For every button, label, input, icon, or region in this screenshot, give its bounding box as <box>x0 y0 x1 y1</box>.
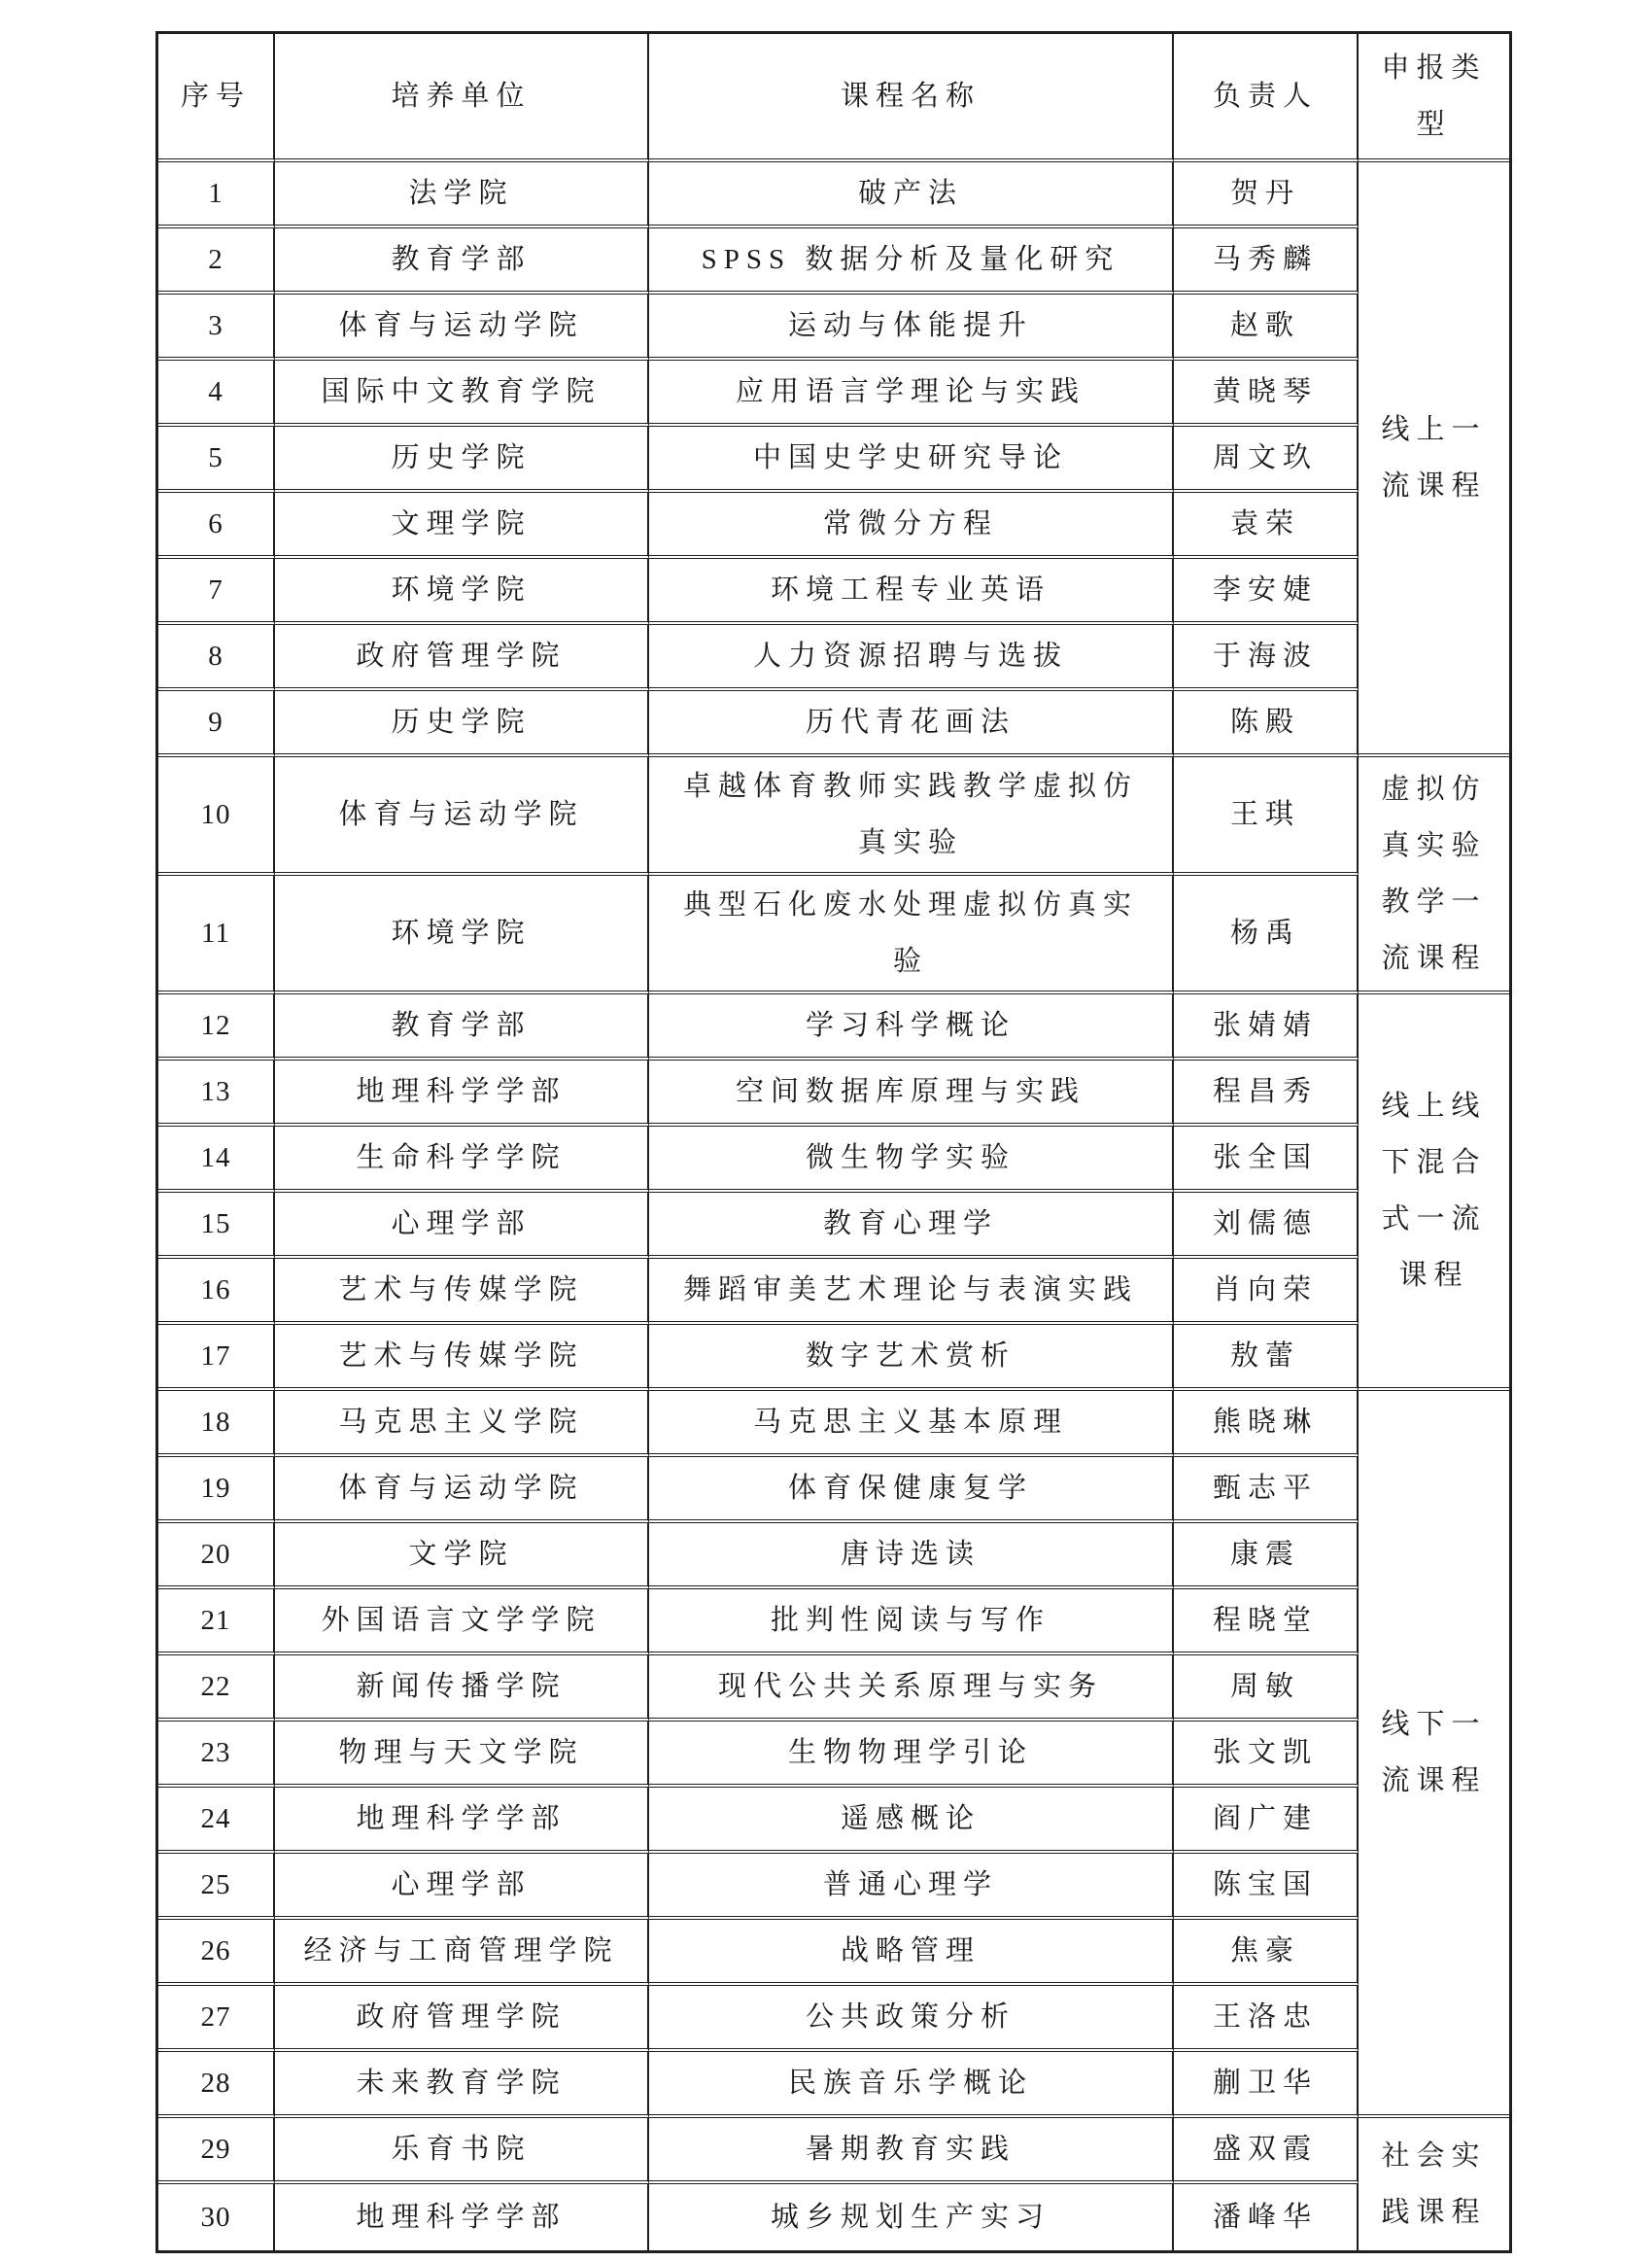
table-row: 16 艺术与传媒学院 舞蹈审美艺术理论与表演实践 肖向荣 <box>158 1259 1509 1325</box>
cell-unit: 文理学院 <box>275 493 649 559</box>
table-row: 1 法学院 破产法 贺丹 线上一流课程 <box>158 162 1509 228</box>
cell-no: 2 <box>158 228 275 295</box>
cell-leader: 焦豪 <box>1174 1920 1359 1986</box>
cell-no: 24 <box>158 1788 275 1854</box>
cell-leader: 张全国 <box>1174 1127 1359 1193</box>
table-row: 21 外国语言文学学院 批判性阅读与写作 程晓堂 <box>158 1589 1509 1655</box>
cell-course: 中国史学史研究导论 <box>649 427 1174 493</box>
cell-no: 7 <box>158 559 275 625</box>
cell-no: 5 <box>158 427 275 493</box>
cell-unit: 历史学院 <box>275 691 649 757</box>
cell-unit: 心理学部 <box>275 1854 649 1920</box>
table-row: 6 文理学院 常微分方程 袁荣 <box>158 493 1509 559</box>
cell-course: 人力资源招聘与选拔 <box>649 625 1174 691</box>
cell-category-offline: 线下一流课程 <box>1359 1391 1509 2118</box>
cell-unit: 教育学部 <box>275 994 649 1061</box>
cell-unit: 环境学院 <box>275 559 649 625</box>
table-row: 8 政府管理学院 人力资源招聘与选拔 于海波 <box>158 625 1509 691</box>
cell-leader: 甄志平 <box>1174 1457 1359 1523</box>
cell-course: 遥感概论 <box>649 1788 1174 1854</box>
cell-no: 4 <box>158 361 275 427</box>
cell-unit: 地理科学学部 <box>275 1788 649 1854</box>
cell-course: 历代青花画法 <box>649 691 1174 757</box>
table-row: 13 地理科学学部 空间数据库原理与实践 程昌秀 <box>158 1061 1509 1127</box>
table-row: 25 心理学部 普通心理学 陈宝国 <box>158 1854 1509 1920</box>
cell-unit: 教育学部 <box>275 228 649 295</box>
cell-course: SPSS 数据分析及量化研究 <box>649 228 1174 295</box>
table-row: 10 体育与运动学院 卓越体育教师实践教学虚拟仿真实验 王琪 虚拟仿真实验教学一… <box>158 757 1509 876</box>
cell-category-blended: 线上线下混合式一流课程 <box>1359 994 1509 1391</box>
cell-leader: 张婧婧 <box>1174 994 1359 1061</box>
cell-course: 空间数据库原理与实践 <box>649 1061 1174 1127</box>
cell-course: 应用语言学理论与实践 <box>649 361 1174 427</box>
cell-category-online: 线上一流课程 <box>1359 162 1509 757</box>
cell-leader: 王琪 <box>1174 757 1359 876</box>
cell-course: 典型石化废水处理虚拟仿真实验 <box>649 876 1174 994</box>
cell-unit: 物理与天文学院 <box>275 1722 649 1788</box>
table-row: 12 教育学部 学习科学概论 张婧婧 线上线下混合式一流课程 <box>158 994 1509 1061</box>
cell-no: 20 <box>158 1523 275 1589</box>
header-leader: 负责人 <box>1174 34 1359 162</box>
cell-leader: 陈宝国 <box>1174 1854 1359 1920</box>
cell-course: 数字艺术赏析 <box>649 1325 1174 1391</box>
cell-no: 6 <box>158 493 275 559</box>
table-row: 28 未来教育学院 民族音乐学概论 蒯卫华 <box>158 2052 1509 2118</box>
cell-no: 12 <box>158 994 275 1061</box>
cell-unit: 国际中文教育学院 <box>275 361 649 427</box>
table-row: 26 经济与工商管理学院 战略管理 焦豪 <box>158 1920 1509 1986</box>
cell-course: 民族音乐学概论 <box>649 2052 1174 2118</box>
cell-leader: 杨禹 <box>1174 876 1359 994</box>
cell-course: 学习科学概论 <box>649 994 1174 1061</box>
cell-course: 普通心理学 <box>649 1854 1174 1920</box>
table-row: 5 历史学院 中国史学史研究导论 周文玖 <box>158 427 1509 493</box>
cell-no: 3 <box>158 295 275 361</box>
cell-course: 生物物理学引论 <box>649 1722 1174 1788</box>
header-type: 申报类型 <box>1359 34 1509 162</box>
cell-leader: 李安婕 <box>1174 559 1359 625</box>
cell-leader: 康震 <box>1174 1523 1359 1589</box>
cell-unit: 政府管理学院 <box>275 625 649 691</box>
header-no: 序号 <box>158 34 275 162</box>
table-row: 11 环境学院 典型石化废水处理虚拟仿真实验 杨禹 <box>158 876 1509 994</box>
cell-unit: 地理科学学部 <box>275 2184 649 2250</box>
cell-course: 微生物学实验 <box>649 1127 1174 1193</box>
cell-unit: 马克思主义学院 <box>275 1391 649 1457</box>
cell-leader: 程昌秀 <box>1174 1061 1359 1127</box>
cell-category-virtual-sim: 虚拟仿真实验教学一流课程 <box>1359 757 1509 994</box>
cell-unit: 新闻传播学院 <box>275 1655 649 1722</box>
cell-leader: 袁荣 <box>1174 493 1359 559</box>
cell-course: 现代公共关系原理与实务 <box>649 1655 1174 1722</box>
cell-leader: 熊晓琳 <box>1174 1391 1359 1457</box>
table-row: 2 教育学部 SPSS 数据分析及量化研究 马秀麟 <box>158 228 1509 295</box>
cell-unit: 体育与运动学院 <box>275 1457 649 1523</box>
table-row: 22 新闻传播学院 现代公共关系原理与实务 周敏 <box>158 1655 1509 1722</box>
cell-no: 17 <box>158 1325 275 1391</box>
cell-leader: 赵歌 <box>1174 295 1359 361</box>
cell-unit: 乐育书院 <box>275 2118 649 2184</box>
cell-no: 26 <box>158 1920 275 1986</box>
cell-unit: 生命科学学院 <box>275 1127 649 1193</box>
cell-no: 30 <box>158 2184 275 2250</box>
cell-unit: 文学院 <box>275 1523 649 1589</box>
table-row: 23 物理与天文学院 生物物理学引论 张文凯 <box>158 1722 1509 1788</box>
cell-course: 批判性阅读与写作 <box>649 1589 1174 1655</box>
cell-course: 破产法 <box>649 162 1174 228</box>
cell-no: 1 <box>158 162 275 228</box>
cell-no: 29 <box>158 2118 275 2184</box>
cell-no: 8 <box>158 625 275 691</box>
cell-no: 14 <box>158 1127 275 1193</box>
cell-unit: 未来教育学院 <box>275 2052 649 2118</box>
cell-unit: 环境学院 <box>275 876 649 994</box>
table-row: 3 体育与运动学院 运动与体能提升 赵歌 <box>158 295 1509 361</box>
cell-no: 13 <box>158 1061 275 1127</box>
cell-unit: 外国语言文学学院 <box>275 1589 649 1655</box>
cell-no: 23 <box>158 1722 275 1788</box>
cell-unit: 政府管理学院 <box>275 1986 649 2052</box>
cell-unit: 艺术与传媒学院 <box>275 1325 649 1391</box>
cell-unit: 体育与运动学院 <box>275 757 649 876</box>
cell-unit: 体育与运动学院 <box>275 295 649 361</box>
cell-leader: 刘儒德 <box>1174 1193 1359 1259</box>
cell-no: 9 <box>158 691 275 757</box>
cell-no: 19 <box>158 1457 275 1523</box>
cell-no: 15 <box>158 1193 275 1259</box>
header-course: 课程名称 <box>649 34 1174 162</box>
cell-no: 28 <box>158 2052 275 2118</box>
cell-course: 马克思主义基本原理 <box>649 1391 1174 1457</box>
cell-no: 22 <box>158 1655 275 1722</box>
table-row: 24 地理科学学部 遥感概论 阎广建 <box>158 1788 1509 1854</box>
table-row: 9 历史学院 历代青花画法 陈殿 <box>158 691 1509 757</box>
cell-no: 21 <box>158 1589 275 1655</box>
cell-no: 25 <box>158 1854 275 1920</box>
table-row: 18 马克思主义学院 马克思主义基本原理 熊晓琳 线下一流课程 <box>158 1391 1509 1457</box>
table-row: 27 政府管理学院 公共政策分析 王洛忠 <box>158 1986 1509 2052</box>
table-row: 29 乐育书院 暑期教育实践 盛双霞 社会实践课程 <box>158 2118 1509 2184</box>
cell-no: 11 <box>158 876 275 994</box>
cell-leader: 周文玖 <box>1174 427 1359 493</box>
cell-course: 唐诗选读 <box>649 1523 1174 1589</box>
cell-unit: 经济与工商管理学院 <box>275 1920 649 1986</box>
cell-unit: 地理科学学部 <box>275 1061 649 1127</box>
cell-course: 卓越体育教师实践教学虚拟仿真实验 <box>649 757 1174 876</box>
cell-course: 暑期教育实践 <box>649 2118 1174 2184</box>
cell-unit: 法学院 <box>275 162 649 228</box>
cell-course: 体育保健康复学 <box>649 1457 1174 1523</box>
table-row: 7 环境学院 环境工程专业英语 李安婕 <box>158 559 1509 625</box>
table-row: 30 地理科学学部 城乡规划生产实习 潘峰华 <box>158 2184 1509 2250</box>
course-approval-table: 序号 培养单位 课程名称 负责人 申报类型 1 法学院 破产法 贺丹 线上一流课… <box>155 31 1512 2253</box>
cell-course: 城乡规划生产实习 <box>649 2184 1174 2250</box>
cell-category-social-practice: 社会实践课程 <box>1359 2118 1509 2250</box>
cell-unit: 艺术与传媒学院 <box>275 1259 649 1325</box>
cell-unit: 心理学部 <box>275 1193 649 1259</box>
table-row: 19 体育与运动学院 体育保健康复学 甄志平 <box>158 1457 1509 1523</box>
cell-leader: 肖向荣 <box>1174 1259 1359 1325</box>
page: 序号 培养单位 课程名称 负责人 申报类型 1 法学院 破产法 贺丹 线上一流课… <box>0 0 1652 2261</box>
header-unit: 培养单位 <box>275 34 649 162</box>
cell-course: 战略管理 <box>649 1920 1174 1986</box>
table-row: 4 国际中文教育学院 应用语言学理论与实践 黄晓琴 <box>158 361 1509 427</box>
cell-leader: 张文凯 <box>1174 1722 1359 1788</box>
cell-leader: 盛双霞 <box>1174 2118 1359 2184</box>
cell-no: 16 <box>158 1259 275 1325</box>
table-row: 17 艺术与传媒学院 数字艺术赏析 敖蕾 <box>158 1325 1509 1391</box>
header-row: 序号 培养单位 课程名称 负责人 申报类型 <box>158 34 1509 162</box>
cell-leader: 黄晓琴 <box>1174 361 1359 427</box>
cell-course: 教育心理学 <box>649 1193 1174 1259</box>
cell-no: 18 <box>158 1391 275 1457</box>
cell-leader: 蒯卫华 <box>1174 2052 1359 2118</box>
cell-leader: 潘峰华 <box>1174 2184 1359 2250</box>
cell-course: 常微分方程 <box>649 493 1174 559</box>
cell-leader: 陈殿 <box>1174 691 1359 757</box>
cell-no: 27 <box>158 1986 275 2052</box>
cell-course: 运动与体能提升 <box>649 295 1174 361</box>
cell-leader: 马秀麟 <box>1174 228 1359 295</box>
table-row: 15 心理学部 教育心理学 刘儒德 <box>158 1193 1509 1259</box>
cell-leader: 敖蕾 <box>1174 1325 1359 1391</box>
cell-no: 10 <box>158 757 275 876</box>
cell-leader: 贺丹 <box>1174 162 1359 228</box>
table-row: 14 生命科学学院 微生物学实验 张全国 <box>158 1127 1509 1193</box>
cell-unit: 历史学院 <box>275 427 649 493</box>
cell-leader: 于海波 <box>1174 625 1359 691</box>
cell-course: 环境工程专业英语 <box>649 559 1174 625</box>
cell-course: 舞蹈审美艺术理论与表演实践 <box>649 1259 1174 1325</box>
cell-course: 公共政策分析 <box>649 1986 1174 2052</box>
table-row: 20 文学院 唐诗选读 康震 <box>158 1523 1509 1589</box>
cell-leader: 王洛忠 <box>1174 1986 1359 2052</box>
cell-leader: 程晓堂 <box>1174 1589 1359 1655</box>
cell-leader: 周敏 <box>1174 1655 1359 1722</box>
cell-leader: 阎广建 <box>1174 1788 1359 1854</box>
